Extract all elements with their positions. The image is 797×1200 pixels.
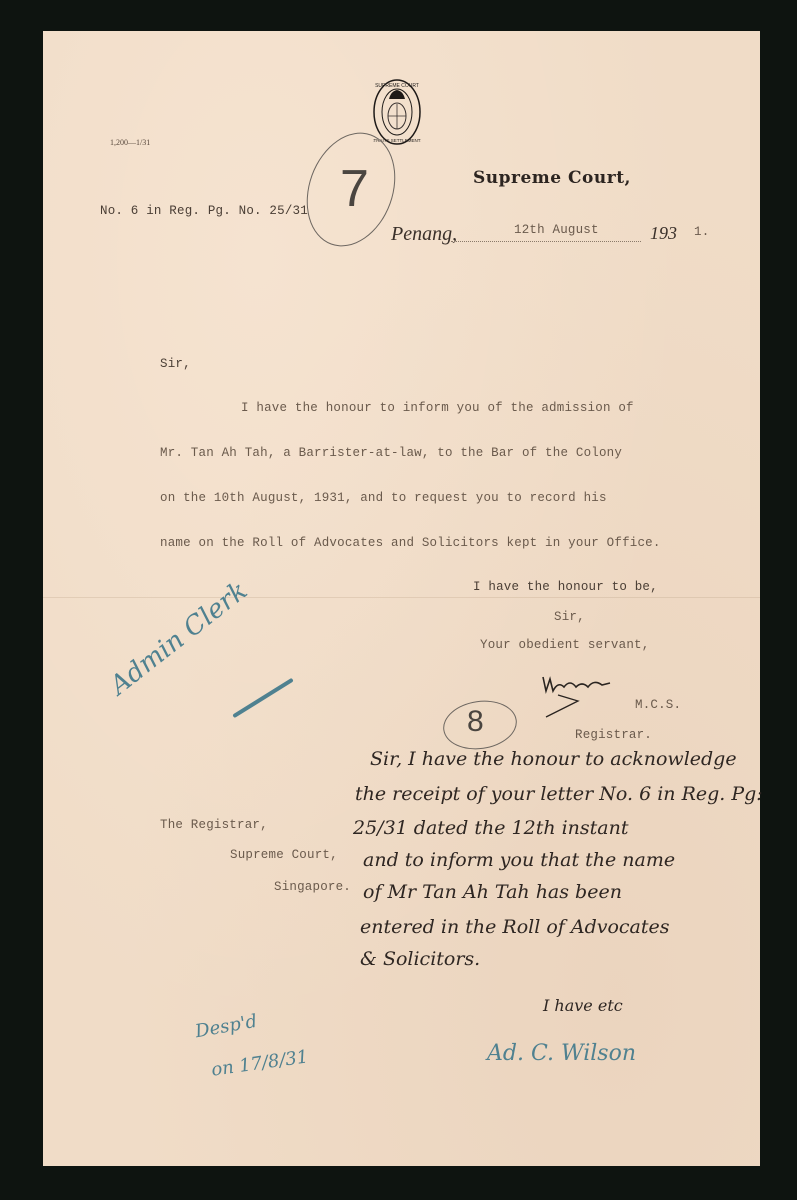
- reply-signature: Ad. C. Wilson: [487, 1041, 636, 1066]
- reply-closing: I have etc: [543, 996, 623, 1015]
- reply-line-6: entered in the Roll of Advocates: [360, 916, 670, 938]
- reply-line-1: Sir, I have the honour to acknowledge: [370, 748, 737, 770]
- date-typed: 12th August: [514, 223, 599, 237]
- year-suffix: 1.: [694, 225, 709, 239]
- reply-line-4: and to inform you that the name: [363, 849, 675, 871]
- closing-line-3: Your obedient servant,: [480, 638, 649, 652]
- body-line-2: Mr. Tan Ah Tah, a Barrister-at-law, to t…: [160, 446, 622, 460]
- reference-number: No. 6 in Reg. Pg. No. 25/31: [100, 204, 308, 218]
- registrar-signature-icon: [538, 669, 628, 719]
- despatched-date: on 17/8/31: [210, 1046, 310, 1080]
- body-line-1: I have the honour to inform you of the a…: [241, 401, 634, 415]
- pencil-number-top: 7: [340, 159, 369, 219]
- reply-line-7: & Solicitors.: [360, 948, 480, 970]
- date-dotted-line: [451, 241, 641, 242]
- paper-fold-line: [43, 597, 760, 598]
- svg-text:SUPREME COURT: SUPREME COURT: [375, 83, 419, 89]
- blue-underline-stroke: [232, 678, 293, 718]
- addressee-line-2: Supreme Court,: [230, 848, 338, 862]
- salutation: Sir,: [160, 357, 191, 371]
- year-prefix: 193: [650, 223, 677, 244]
- addressee-line-1: The Registrar,: [160, 818, 268, 832]
- print-code: 1,200—1/31: [110, 138, 150, 147]
- reply-line-5: of Mr Tan Ah Tah has been: [363, 881, 622, 903]
- pencil-number-bottom: 8: [467, 705, 484, 739]
- body-line-3: on the 10th August, 1931, and to request…: [160, 491, 607, 505]
- letterhead-title: Supreme Court,: [473, 168, 631, 188]
- despatched-annotation: Desp'd: [194, 1011, 259, 1043]
- reply-line-3: 25/31 dated the 12th instant: [353, 817, 629, 839]
- closing-line-2: Sir,: [554, 610, 585, 624]
- reply-line-2: the receipt of your letter No. 6 in Reg.…: [355, 783, 763, 805]
- closing-line-1: I have the honour to be,: [473, 580, 658, 594]
- admin-clerk-annotation: Admin Clerk: [105, 576, 254, 701]
- supreme-court-seal-icon: SUPREME COURT STRAITS SETTLEMENTS: [373, 79, 421, 145]
- addressee-line-3: Singapore.: [274, 880, 351, 894]
- signature-post: M.C.S.: [635, 698, 681, 712]
- letter-page: SUPREME COURT STRAITS SETTLEMENTS 1,200—…: [43, 31, 760, 1166]
- registrar-title: Registrar.: [575, 728, 652, 742]
- body-line-4: name on the Roll of Advocates and Solici…: [160, 536, 661, 550]
- place-name: Penang,: [391, 223, 457, 246]
